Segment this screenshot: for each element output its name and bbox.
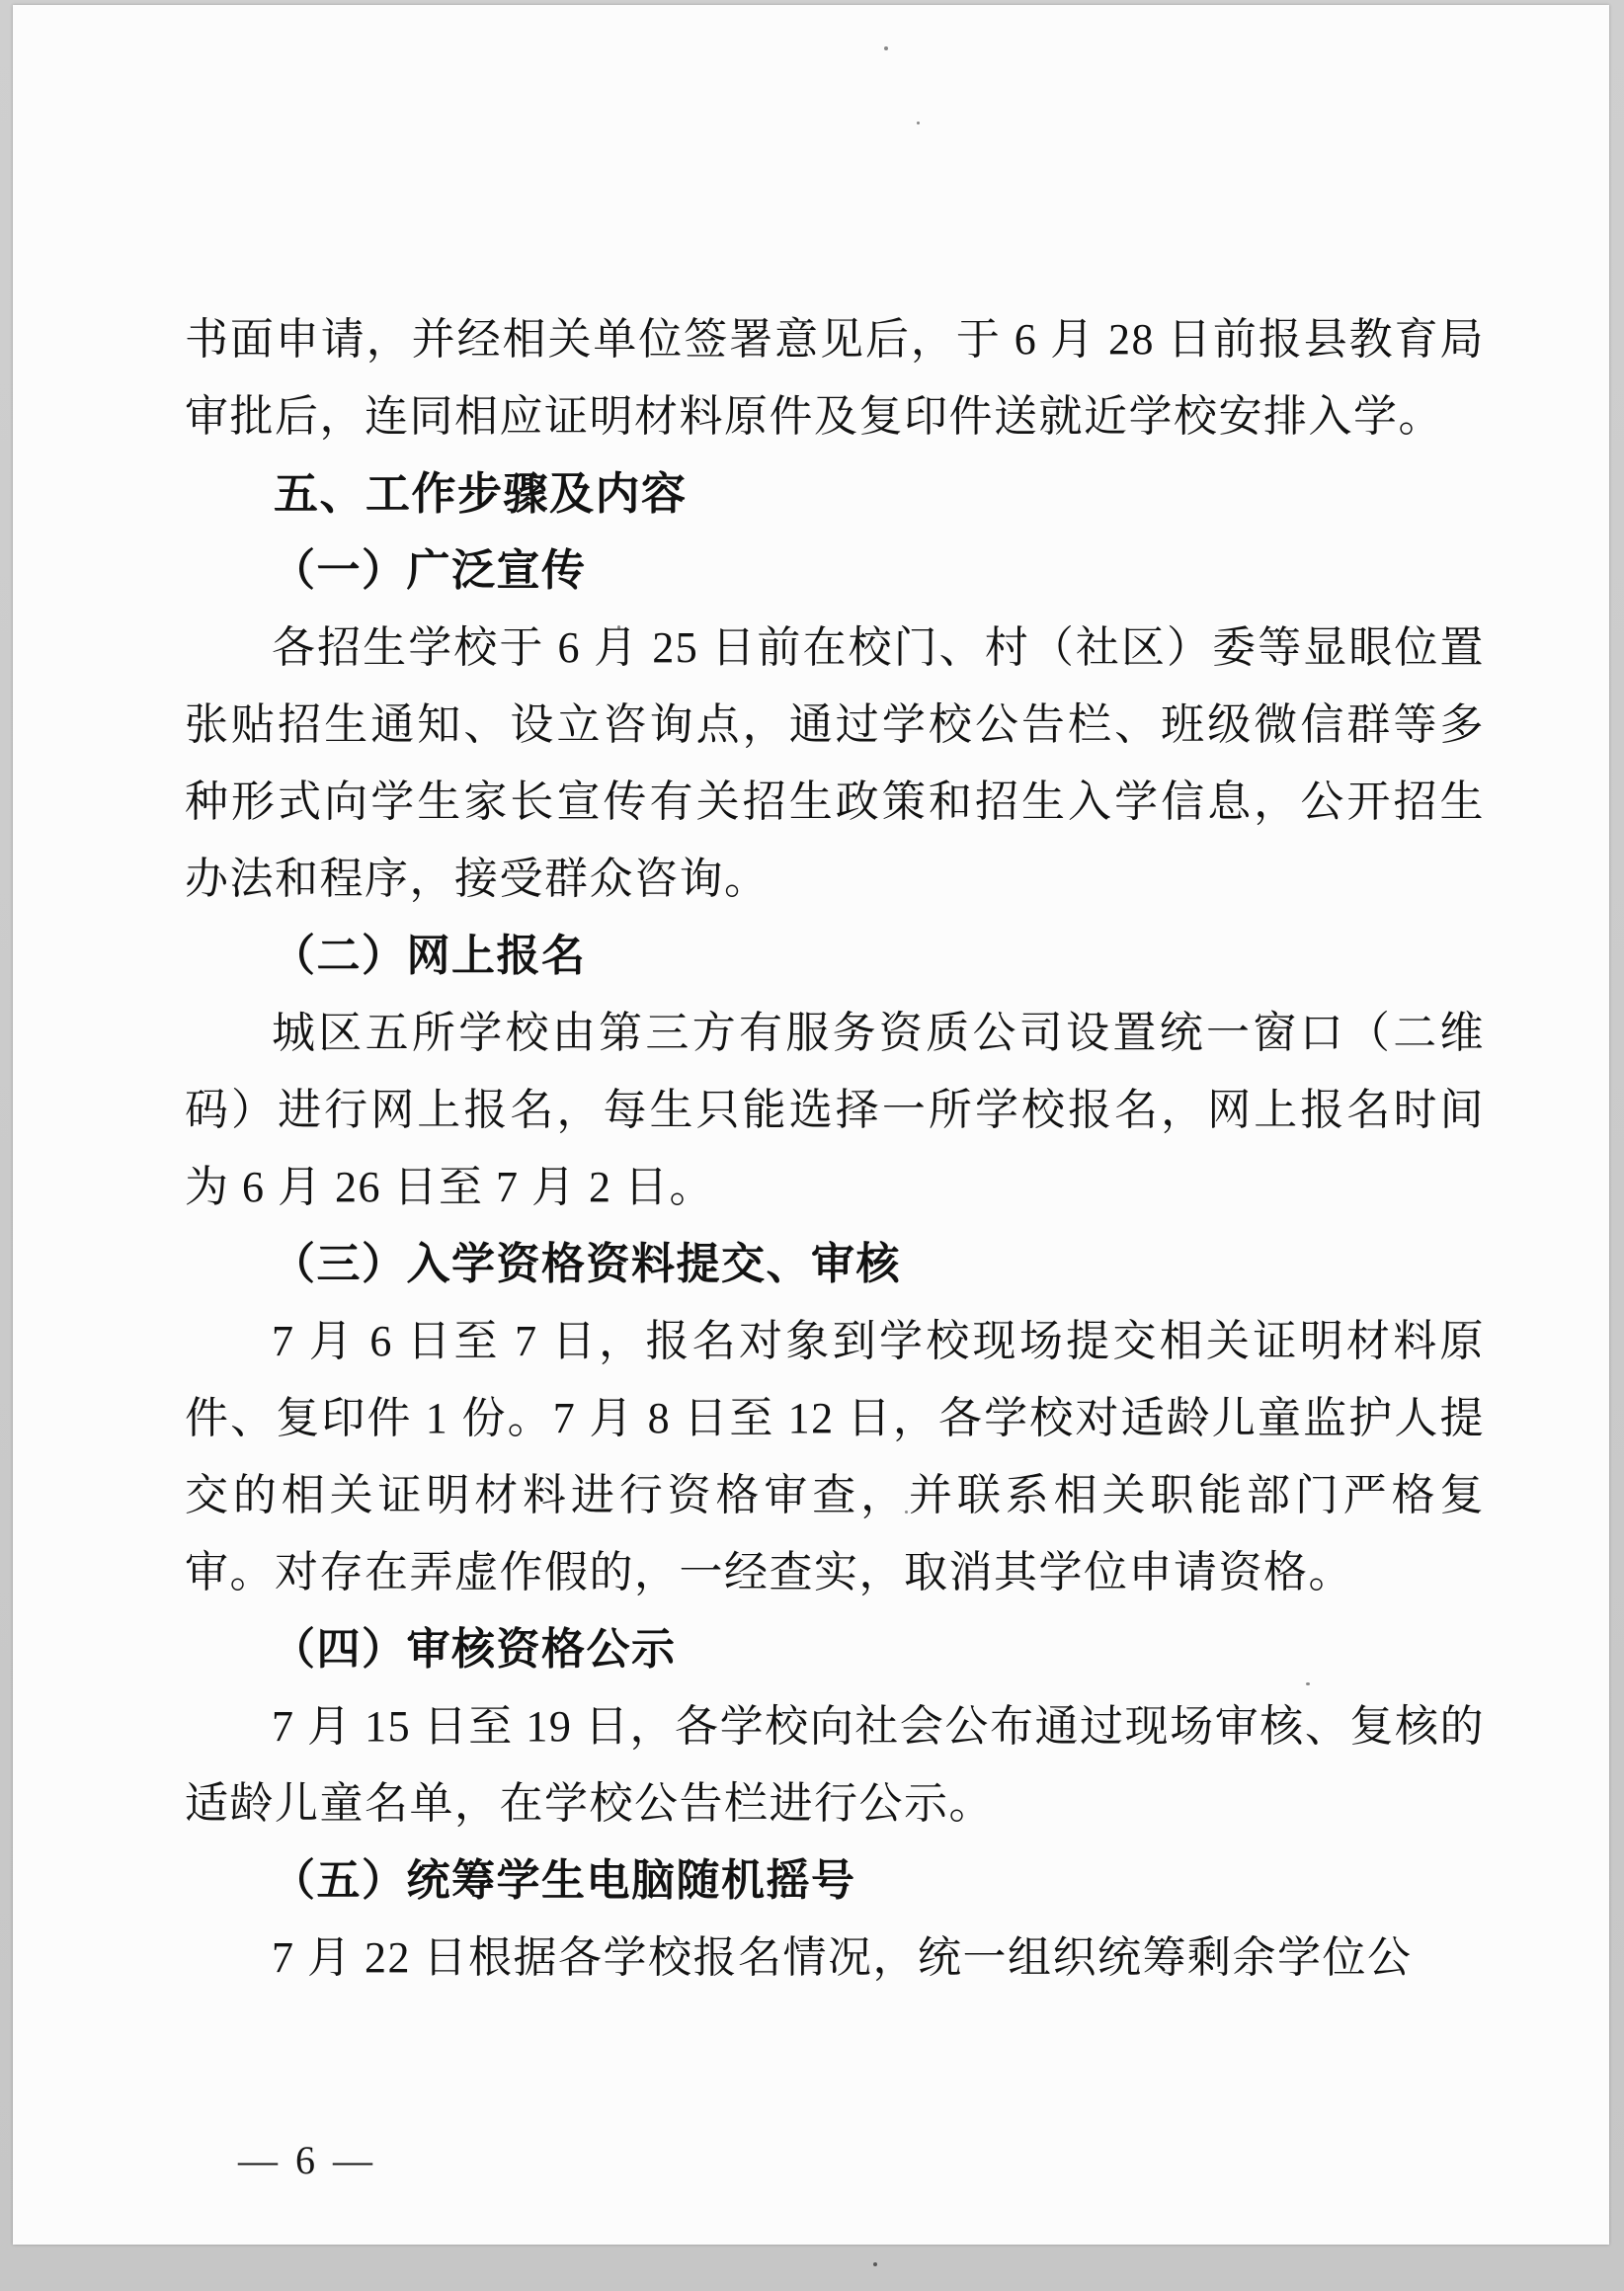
paragraph-online-registration: 城区五所学校由第三方有服务资质公司设置统一窗口（二维码）进行网上报名，每生只能选… bbox=[185, 995, 1485, 1226]
paragraph-review-publicity: 7 月 15 日至 19 日，各学校向社会公布通过现场审核、复核的适龄儿童名单，… bbox=[185, 1688, 1485, 1842]
page-number: — 6 — bbox=[238, 2137, 376, 2183]
subsection-heading-online-registration: （二）网上报名 bbox=[185, 918, 1485, 995]
subsection-heading-publicity: （一）广泛宣传 bbox=[185, 532, 1485, 610]
paragraph-lottery: 7 月 22 日根据各学校报名情况，统一组织统筹剩余学位公 bbox=[185, 1920, 1485, 1997]
scan-speck bbox=[905, 1511, 908, 1514]
subsection-heading-review-publicity: （四）审核资格公示 bbox=[185, 1611, 1485, 1688]
scan-speck bbox=[917, 122, 920, 124]
scan-speck bbox=[1306, 1682, 1310, 1685]
scan-speck bbox=[963, 790, 966, 795]
scan-speck bbox=[873, 2262, 877, 2266]
document-body: 书面申请，并经相关单位签署意见后，于 6 月 28 日前报县教育局审批后，连同相… bbox=[185, 301, 1485, 1997]
document-page: 书面申请，并经相关单位签署意见后，于 6 月 28 日前报县教育局审批后，连同相… bbox=[13, 5, 1609, 2245]
paragraph-application-continuation: 书面申请，并经相关单位签署意见后，于 6 月 28 日前报县教育局审批后，连同相… bbox=[185, 301, 1485, 455]
subsection-heading-qualification-review: （三）入学资格资料提交、审核 bbox=[185, 1226, 1485, 1303]
scan-background: 书面申请，并经相关单位签署意见后，于 6 月 28 日前报县教育局审批后，连同相… bbox=[0, 0, 1624, 2291]
paragraph-qualification-review: 7 月 6 日至 7 日，报名对象到学校现场提交相关证明材料原件、复印件 1 份… bbox=[185, 1303, 1485, 1611]
section-heading-work-steps: 五、工作步骤及内容 bbox=[185, 455, 1485, 532]
subsection-heading-lottery: （五）统筹学生电脑随机摇号 bbox=[185, 1842, 1485, 1920]
scan-speck bbox=[617, 625, 620, 629]
scan-speck bbox=[884, 46, 888, 50]
paragraph-publicity: 各招生学校于 6 月 25 日前在校门、村（社区）委等显眼位置张贴招生通知、设立… bbox=[185, 610, 1485, 918]
